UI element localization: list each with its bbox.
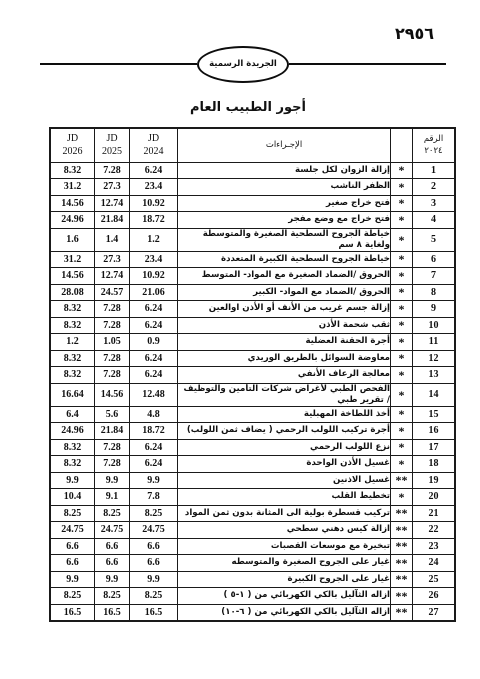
row-number-cell: 12 [413,350,456,367]
fee-2026-cell: 14.56 [50,195,95,212]
coverage-mark-cell: * [391,212,413,229]
fee-2024-cell: 6.24 [130,162,178,179]
coverage-mark-cell: * [391,367,413,384]
fee-2026-cell: 28.08 [50,284,95,301]
coverage-mark-cell: * [391,334,413,351]
coverage-mark-cell: * [391,268,413,285]
fee-2026-cell: 31.2 [50,251,95,268]
fee-2024-cell: 21.06 [130,284,178,301]
fee-2026-cell: 16.64 [50,383,95,406]
row-number-cell: 17 [413,439,456,456]
column-header-jd2026: JD 2026 [50,128,95,162]
coverage-mark-cell: * [391,301,413,318]
coverage-mark-cell: * [391,284,413,301]
fee-2025-cell: 5.6 [95,406,130,423]
table-row: 24**غيار على الجروح الصغيرة والمتوسطه6.6… [50,555,455,572]
coverage-mark-cell: * [391,317,413,334]
row-number-cell: 18 [413,456,456,473]
coverage-mark-cell: * [391,383,413,406]
coverage-mark-cell: ** [391,505,413,522]
fee-2024-cell: 6.24 [130,367,178,384]
fee-2024-cell: 7.8 [130,489,178,506]
table-row: 9*إزالة جسم غريب من الأنف أو الأذن اوالع… [50,301,455,318]
fee-2026-cell: 8.32 [50,456,95,473]
coverage-mark-cell: ** [391,555,413,572]
coverage-mark-cell: ** [391,472,413,489]
row-number-cell: 13 [413,367,456,384]
rule-line-right [289,63,446,65]
procedure-cell: ازاله الثآليل بالكي الكهربائي من ( ١-٥ ) [178,588,391,605]
gazette-page: { "page": { "number_arabic": "٢٩٥٦" }, "… [0,0,480,679]
procedure-cell: خياطة الجروح السطحية الصغيرة والمتوسطة و… [178,228,391,251]
header-row: الرقم ٢٠٢٤ الإجـراءات JD 2024 JD 2025 JD… [50,128,455,162]
fee-2026-cell: 8.25 [50,588,95,605]
rule-line-left [40,63,197,65]
row-number-cell: 14 [413,383,456,406]
table-row: 16*أجرة تركيب اللولب الرحمي ( يضاف ثمن ا… [50,423,455,440]
coverage-mark-cell: * [391,251,413,268]
column-header-jd2026-line2: 2026 [51,145,94,158]
column-header-number-line1: الرقم [413,133,454,145]
row-number-cell: 4 [413,212,456,229]
fee-2024-cell: 23.4 [130,251,178,268]
fee-2025-cell: 8.25 [95,588,130,605]
fee-2024-cell: 12.48 [130,383,178,406]
row-number-cell: 25 [413,571,456,588]
fee-2024-cell: 16.5 [130,604,178,621]
row-number-cell: 22 [413,522,456,539]
coverage-mark-cell: * [391,228,413,251]
table-row: 8*الحروق /الضماد مع المواد- الكبير21.062… [50,284,455,301]
row-number-cell: 27 [413,604,456,621]
column-header-marks [391,128,413,162]
table-row: 11*أجرة الحقنة العضلية0.91.051.2 [50,334,455,351]
row-number-cell: 23 [413,538,456,555]
fee-2024-cell: 18.72 [130,212,178,229]
gazette-seal: الجريدة الرسمية [197,46,289,83]
column-header-number-line2: ٢٠٢٤ [413,145,454,157]
fees-table-head: الرقم ٢٠٢٤ الإجـراءات JD 2024 JD 2025 JD… [50,128,455,162]
row-number-cell: 15 [413,406,456,423]
row-number-cell: 21 [413,505,456,522]
fee-2024-cell: 6.24 [130,456,178,473]
coverage-mark-cell: * [391,439,413,456]
fee-2026-cell: 16.5 [50,604,95,621]
fee-2026-cell: 1.6 [50,228,95,251]
coverage-mark-cell: ** [391,538,413,555]
column-header-jd2025-line2: 2025 [95,145,129,158]
procedure-cell: غيار على الجروح الكبيرة [178,571,391,588]
fee-2026-cell: 8.32 [50,301,95,318]
coverage-mark-cell: ** [391,588,413,605]
coverage-mark-cell: * [391,489,413,506]
procedure-cell: فتح خراج مع وضع مفجر [178,212,391,229]
fee-2024-cell: 0.9 [130,334,178,351]
procedure-cell: الحروق /الضماد مع المواد- الكبير [178,284,391,301]
coverage-mark-cell: * [391,406,413,423]
fee-2026-cell: 14.56 [50,268,95,285]
fee-2024-cell: 1.2 [130,228,178,251]
page-title: أجور الطبيب العام [49,100,447,115]
fee-2024-cell: 9.9 [130,571,178,588]
fee-2025-cell: 14.56 [95,383,130,406]
column-header-jd2024-line1: JD [130,132,177,145]
procedure-cell: ازاله الثآليل بالكي الكهربائي من ( ٦-١٠) [178,604,391,621]
fee-2025-cell: 16.5 [95,604,130,621]
procedure-cell: غسيل الأذن الواحدة [178,456,391,473]
fee-2024-cell: 6.6 [130,555,178,572]
procedure-cell: الحروق /الضماد الصغيرة مع المواد- المتوس… [178,268,391,285]
fee-2024-cell: 24.75 [130,522,178,539]
column-header-jd2024: JD 2024 [130,128,178,162]
fee-2025-cell: 7.28 [95,350,130,367]
fee-2025-cell: 9.1 [95,489,130,506]
coverage-mark-cell: * [391,179,413,196]
fee-2025-cell: 7.28 [95,439,130,456]
fee-2026-cell: 9.9 [50,571,95,588]
fees-table: الرقم ٢٠٢٤ الإجـراءات JD 2024 JD 2025 JD… [49,127,456,622]
fee-2026-cell: 24.96 [50,212,95,229]
fee-2025-cell: 12.74 [95,195,130,212]
fee-2026-cell: 8.25 [50,505,95,522]
procedure-cell: أجرة تركيب اللولب الرحمي ( يضاف ثمن اللو… [178,423,391,440]
table-row: 15*أخذ اللطاخة المهبلية4.85.66.4 [50,406,455,423]
table-row: 12*معاوضة السوائل بالطريق الوريدي6.247.2… [50,350,455,367]
coverage-mark-cell: * [391,423,413,440]
table-row: 7*الحروق /الضماد الصغيرة مع المواد- المت… [50,268,455,285]
fee-2025-cell: 9.9 [95,472,130,489]
coverage-mark-cell: ** [391,604,413,621]
fee-2025-cell: 7.28 [95,162,130,179]
procedure-cell: أخذ اللطاخة المهبلية [178,406,391,423]
coverage-mark-cell: * [391,456,413,473]
fee-2024-cell: 6.24 [130,439,178,456]
fee-2025-cell: 9.9 [95,571,130,588]
fee-2026-cell: 24.75 [50,522,95,539]
fee-2026-cell: 31.2 [50,179,95,196]
table-row: 3*فتح خراج صغير10.9212.7414.56 [50,195,455,212]
table-row: 6*خياطة الجروح السطحية الكبيرة المتعددة2… [50,251,455,268]
row-number-cell: 7 [413,268,456,285]
column-header-jd2026-line1: JD [51,132,94,145]
procedure-cell: إزالة الزوان لكل جلسة [178,162,391,179]
fee-2024-cell: 4.8 [130,406,178,423]
row-number-cell: 1 [413,162,456,179]
procedure-cell: تبخيرة مع موسعات القصبات [178,538,391,555]
table-row: 27**ازاله الثآليل بالكي الكهربائي من ( ٦… [50,604,455,621]
fee-2025-cell: 24.75 [95,522,130,539]
column-header-jd2025-line1: JD [95,132,129,145]
page-number: ٢٩٥٦ [395,24,434,43]
table-row: 22**ازالة كيس دهني سطحي24.7524.7524.75 [50,522,455,539]
fee-2025-cell: 27.3 [95,251,130,268]
fee-2026-cell: 8.32 [50,162,95,179]
row-number-cell: 16 [413,423,456,440]
row-number-cell: 6 [413,251,456,268]
row-number-cell: 20 [413,489,456,506]
fee-2025-cell: 24.57 [95,284,130,301]
row-number-cell: 24 [413,555,456,572]
fee-2024-cell: 18.72 [130,423,178,440]
table-row: 18*غسيل الأذن الواحدة6.247.288.32 [50,456,455,473]
procedure-cell: ازالة كيس دهني سطحي [178,522,391,539]
fee-2026-cell: 8.32 [50,439,95,456]
coverage-mark-cell: * [391,350,413,367]
fee-2025-cell: 6.6 [95,555,130,572]
fee-2025-cell: 7.28 [95,456,130,473]
fee-2025-cell: 27.3 [95,179,130,196]
fee-2024-cell: 6.6 [130,538,178,555]
fee-2026-cell: 10.4 [50,489,95,506]
table-row: 20*تخطيط القلب7.89.110.4 [50,489,455,506]
fee-2025-cell: 7.28 [95,367,130,384]
fee-2025-cell: 7.28 [95,301,130,318]
gazette-seal-label: الجريدة الرسمية [209,59,277,69]
table-row: 14*الفحص الطبي لأغراض شركات التأمين والت… [50,383,455,406]
table-row: 4*فتح خراج مع وضع مفجر18.7221.8424.96 [50,212,455,229]
table-row: 19**غسيل الاذنين9.99.99.9 [50,472,455,489]
procedure-cell: غيار على الجروح الصغيرة والمتوسطه [178,555,391,572]
fee-2026-cell: 6.6 [50,555,95,572]
table-row: 25**غيار على الجروح الكبيرة9.99.99.9 [50,571,455,588]
fee-2025-cell: 7.28 [95,317,130,334]
procedure-cell: معاوضة السوائل بالطريق الوريدي [178,350,391,367]
coverage-mark-cell: ** [391,522,413,539]
fee-2025-cell: 21.84 [95,423,130,440]
gazette-header-rule: الجريدة الرسمية [40,44,446,84]
coverage-mark-cell: ** [391,571,413,588]
fee-2024-cell: 9.9 [130,472,178,489]
column-header-jd2024-line2: 2024 [130,145,177,158]
fee-2025-cell: 6.6 [95,538,130,555]
fee-2026-cell: 8.32 [50,367,95,384]
procedure-cell: معالجة الرعاف الأنفي [178,367,391,384]
procedure-cell: أجرة الحقنة العضلية [178,334,391,351]
row-number-cell: 26 [413,588,456,605]
fee-2026-cell: 8.32 [50,317,95,334]
table-row: 5*خياطة الجروح السطحية الصغيرة والمتوسطة… [50,228,455,251]
column-header-jd2025: JD 2025 [95,128,130,162]
procedure-cell: الظفر الناشب [178,179,391,196]
fee-2024-cell: 6.24 [130,350,178,367]
fee-2025-cell: 8.25 [95,505,130,522]
column-header-number: الرقم ٢٠٢٤ [413,128,456,162]
fee-2026-cell: 9.9 [50,472,95,489]
fee-2024-cell: 8.25 [130,505,178,522]
fee-2026-cell: 24.96 [50,423,95,440]
fee-2025-cell: 1.4 [95,228,130,251]
procedure-cell: خياطة الجروح السطحية الكبيرة المتعددة [178,251,391,268]
procedure-cell: إزالة جسم غريب من الأنف أو الأذن اوالعين [178,301,391,318]
procedure-cell: تركيب قسطرة بولية الى المثانة بدون ثمن ا… [178,505,391,522]
procedure-cell: تخطيط القلب [178,489,391,506]
table-row: 21**تركيب قسطرة بولية الى المثانة بدون ث… [50,505,455,522]
row-number-cell: 2 [413,179,456,196]
row-number-cell: 3 [413,195,456,212]
table-row: 2*الظفر الناشب23.427.331.2 [50,179,455,196]
fee-2025-cell: 12.74 [95,268,130,285]
coverage-mark-cell: * [391,162,413,179]
fee-table-body: 1*إزالة الزوان لكل جلسة6.247.288.322*الظ… [50,162,455,621]
row-number-cell: 9 [413,301,456,318]
fee-2024-cell: 6.24 [130,301,178,318]
coverage-mark-cell: * [391,195,413,212]
fee-2026-cell: 8.32 [50,350,95,367]
fee-2024-cell: 8.25 [130,588,178,605]
fee-2024-cell: 6.24 [130,317,178,334]
procedure-cell: فتح خراج صغير [178,195,391,212]
column-header-procedures: الإجـراءات [178,128,391,162]
table-row: 1*إزالة الزوان لكل جلسة6.247.288.32 [50,162,455,179]
row-number-cell: 19 [413,472,456,489]
fee-2025-cell: 1.05 [95,334,130,351]
table-row: 10*ثقب شحمة الأذن6.247.288.32 [50,317,455,334]
row-number-cell: 5 [413,228,456,251]
fee-2026-cell: 6.6 [50,538,95,555]
row-number-cell: 11 [413,334,456,351]
procedure-cell: ثقب شحمة الأذن [178,317,391,334]
procedure-cell: الفحص الطبي لأغراض شركات التأمين والتوظي… [178,383,391,406]
table-row: 13*معالجة الرعاف الأنفي6.247.288.32 [50,367,455,384]
table-row: 17*نزع اللولب الرحمي6.247.288.32 [50,439,455,456]
fee-2024-cell: 10.92 [130,195,178,212]
fee-2024-cell: 23.4 [130,179,178,196]
fee-2025-cell: 21.84 [95,212,130,229]
procedure-cell: غسيل الاذنين [178,472,391,489]
row-number-cell: 10 [413,317,456,334]
procedure-cell: نزع اللولب الرحمي [178,439,391,456]
table-row: 23**تبخيرة مع موسعات القصبات6.66.66.6 [50,538,455,555]
table-row: 26**ازاله الثآليل بالكي الكهربائي من ( ١… [50,588,455,605]
fee-2026-cell: 1.2 [50,334,95,351]
fee-2026-cell: 6.4 [50,406,95,423]
row-number-cell: 8 [413,284,456,301]
fee-2024-cell: 10.92 [130,268,178,285]
